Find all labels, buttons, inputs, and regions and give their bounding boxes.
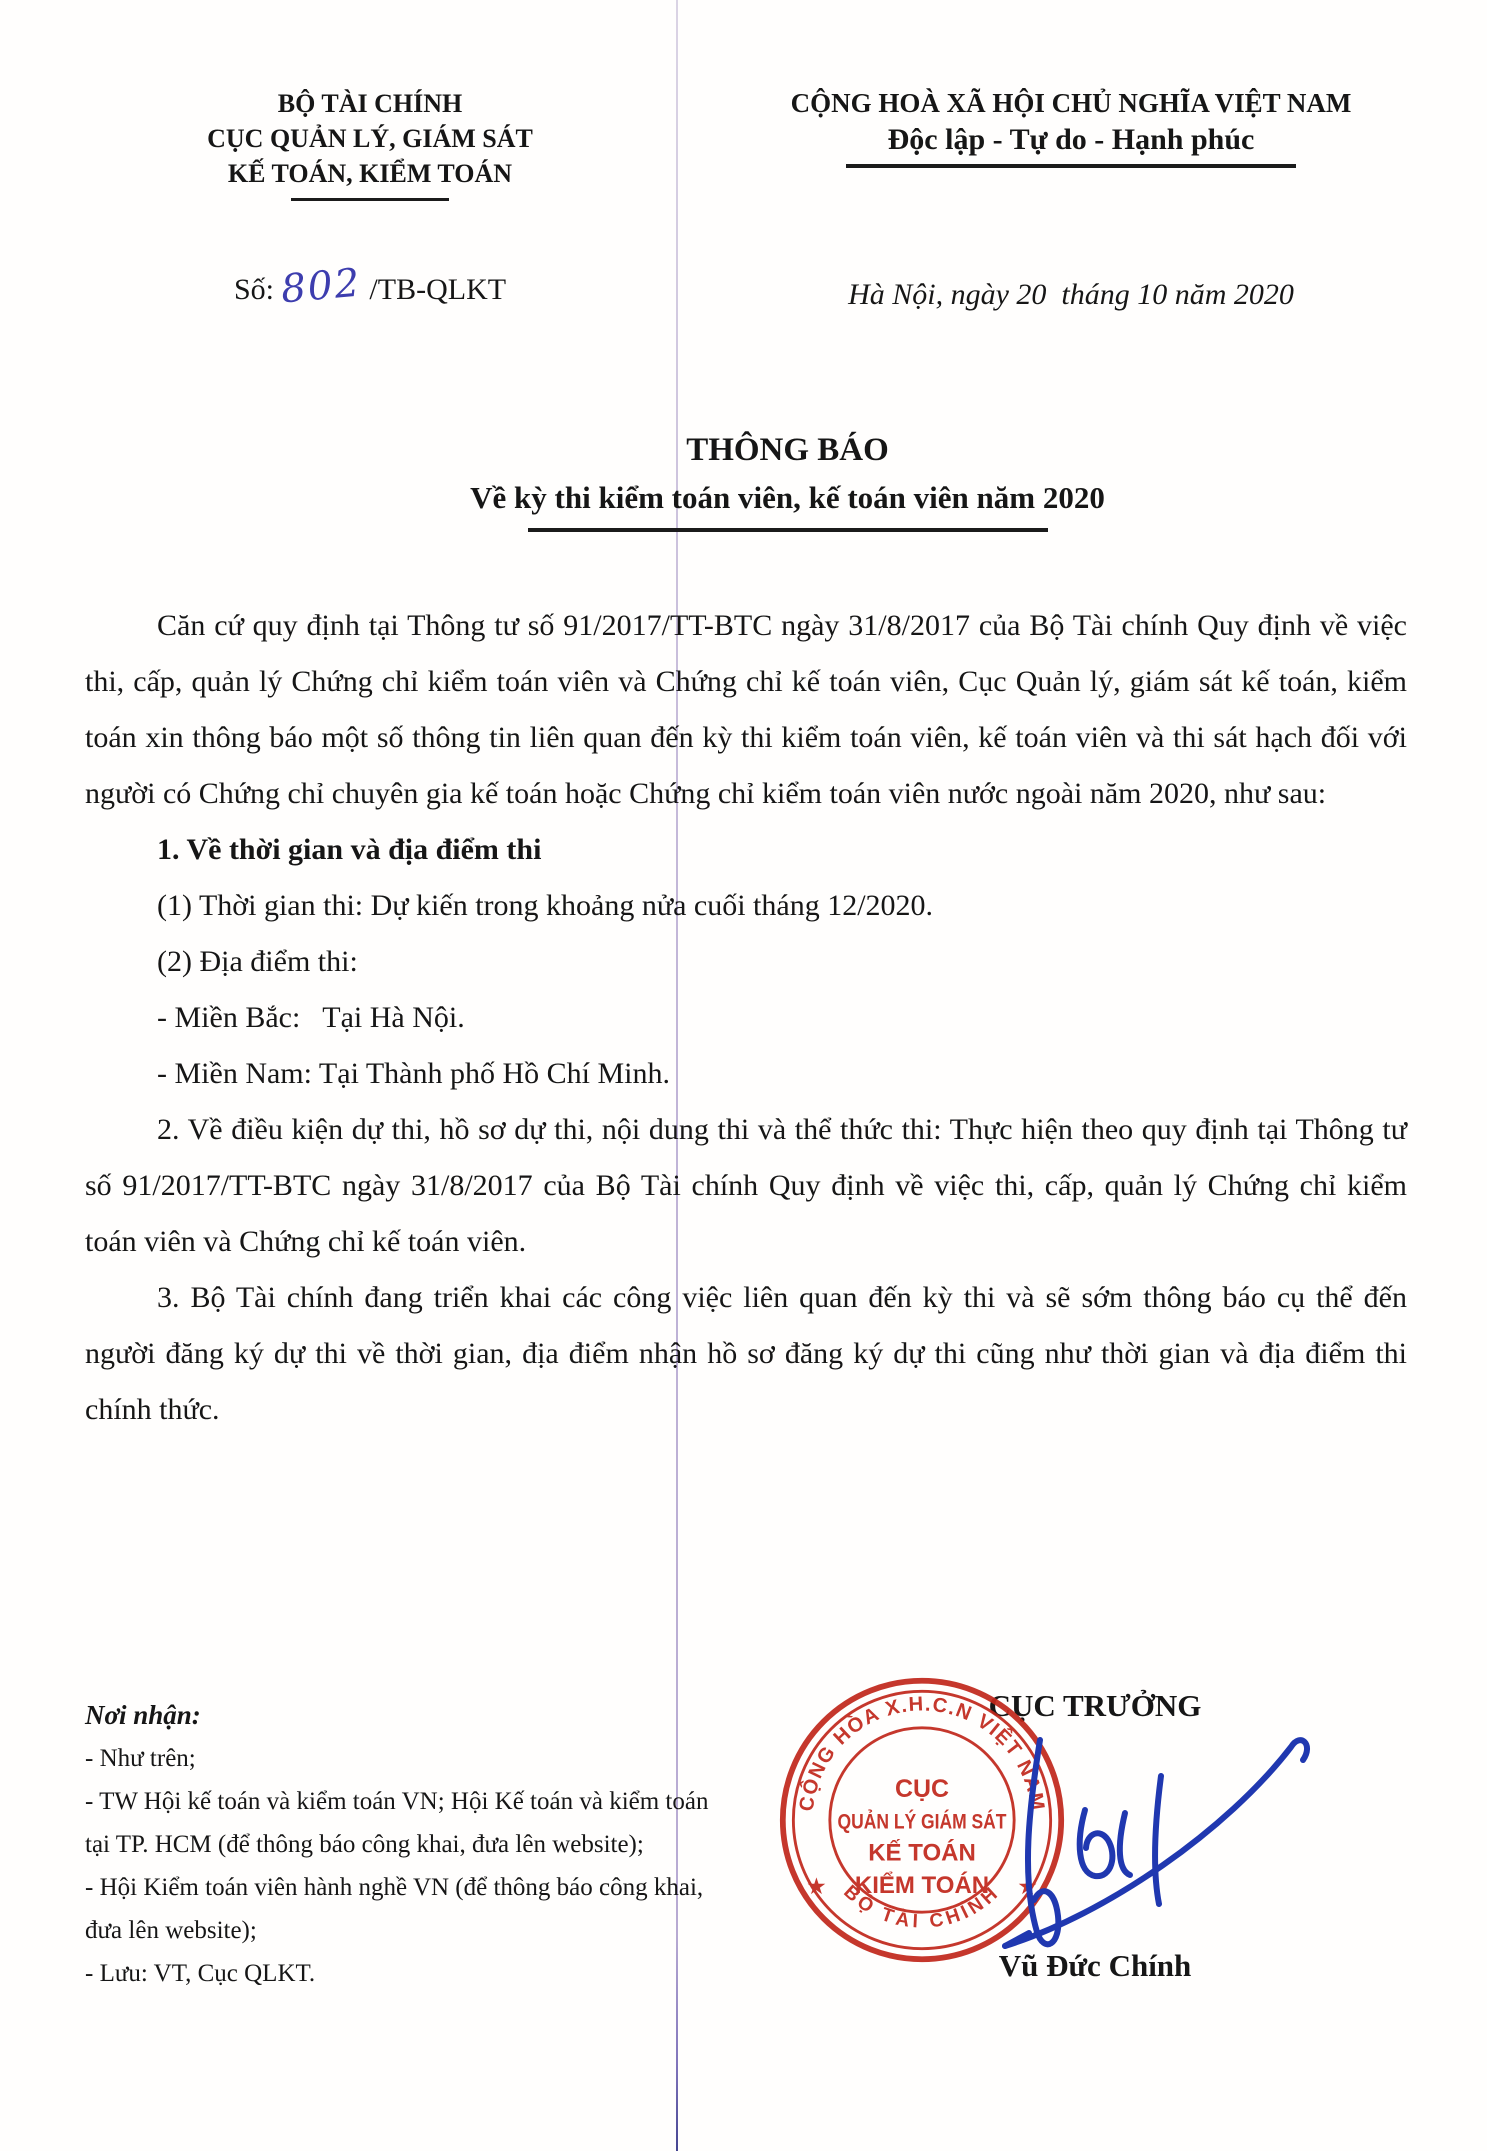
section-1-item-2: (2) Địa điểm thi: — [85, 934, 1407, 990]
recipient-item: - Hội Kiểm toán viên hành nghề VN (để th… — [85, 1866, 733, 1952]
signer-name: Vũ Đức Chính — [930, 1948, 1260, 1984]
signature-ink — [985, 1718, 1325, 1978]
recipient-item: - Như trên; — [85, 1737, 733, 1780]
paragraph-basis: Căn cứ quy định tại Thông tư số 91/2017/… — [85, 598, 1407, 822]
agency-parent: BỘ TÀI CHÍNH — [150, 86, 590, 121]
stamp-center-line3: KẾ TOÁN — [868, 1838, 976, 1866]
doc-number-handwritten: 802 — [280, 269, 363, 306]
motto-underline — [846, 164, 1296, 168]
national-motto: Độc lập - Tự do - Hạnh phúc — [718, 120, 1424, 160]
doc-number-prefix: Số: — [234, 273, 274, 306]
national-motto-block: CỘNG HOÀ XÃ HỘI CHỦ NGHĨA VIỆT NAM Độc l… — [718, 86, 1424, 168]
recipient-item: - Lưu: VT, Cục QLKT. — [85, 1952, 733, 1995]
agency-underline — [291, 198, 449, 201]
title-underline — [528, 528, 1048, 532]
document-body: Căn cứ quy định tại Thông tư số 91/2017/… — [85, 598, 1407, 1438]
section-1-item-2a: - Miền Bắc: Tại Hà Nội. — [85, 990, 1407, 1046]
section-1-heading: 1. Về thời gian và địa điểm thi — [85, 822, 1407, 878]
agency-name-line2: KẾ TOÁN, KIỂM TOÁN — [150, 156, 590, 191]
recipients-label: Nơi nhận: — [85, 1694, 733, 1737]
section-3-paragraph: 3. Bộ Tài chính đang triển khai các công… — [85, 1270, 1407, 1438]
document-page: BỘ TÀI CHÍNH CỤC QUẢN LÝ, GIÁM SÁT KẾ TO… — [0, 0, 1487, 2151]
document-subject-title: Về kỳ thi kiểm toán viên, kế toán viên n… — [300, 472, 1275, 524]
section-1-item-2b: - Miền Nam: Tại Thành phố Hồ Chí Minh. — [85, 1046, 1407, 1102]
stamp-center-line2: QUẢN LÝ GIÁM SÁT — [838, 1810, 1007, 1834]
country-name: CỘNG HOÀ XÃ HỘI CHỦ NGHĨA VIỆT NAM — [718, 86, 1424, 120]
recipient-item: - TW Hội kế toán và kiểm toán VN; Hội Kế… — [85, 1780, 733, 1866]
document-number: Số: 802 /TB-QLKT — [150, 272, 590, 307]
stamp-center-line4: KIỂM TOÁN — [855, 1871, 989, 1899]
recipients-block: Nơi nhận: - Như trên; - TW Hội kế toán v… — [85, 1694, 733, 1995]
agency-name-line1: CỤC QUẢN LÝ, GIÁM SÁT — [150, 121, 590, 156]
section-2-paragraph: 2. Về điều kiện dự thi, hồ sơ dự thi, nộ… — [85, 1102, 1407, 1270]
document-type-title: THÔNG BÁO — [300, 428, 1275, 472]
stamp-star-left-icon: ★ — [806, 1873, 827, 1899]
doc-number-suffix: /TB-QLKT — [362, 273, 506, 306]
place-dateline: Hà Nội, ngày 20 tháng 10 năm 2020 — [718, 278, 1424, 312]
section-1-item-1: (1) Thời gian thi: Dự kiến trong khoảng … — [85, 878, 1407, 934]
stamp-center-line1: CỤC — [895, 1775, 949, 1803]
document-title-block: THÔNG BÁO Về kỳ thi kiểm toán viên, kế t… — [300, 428, 1275, 532]
issuing-agency-block: BỘ TÀI CHÍNH CỤC QUẢN LÝ, GIÁM SÁT KẾ TO… — [150, 86, 590, 201]
